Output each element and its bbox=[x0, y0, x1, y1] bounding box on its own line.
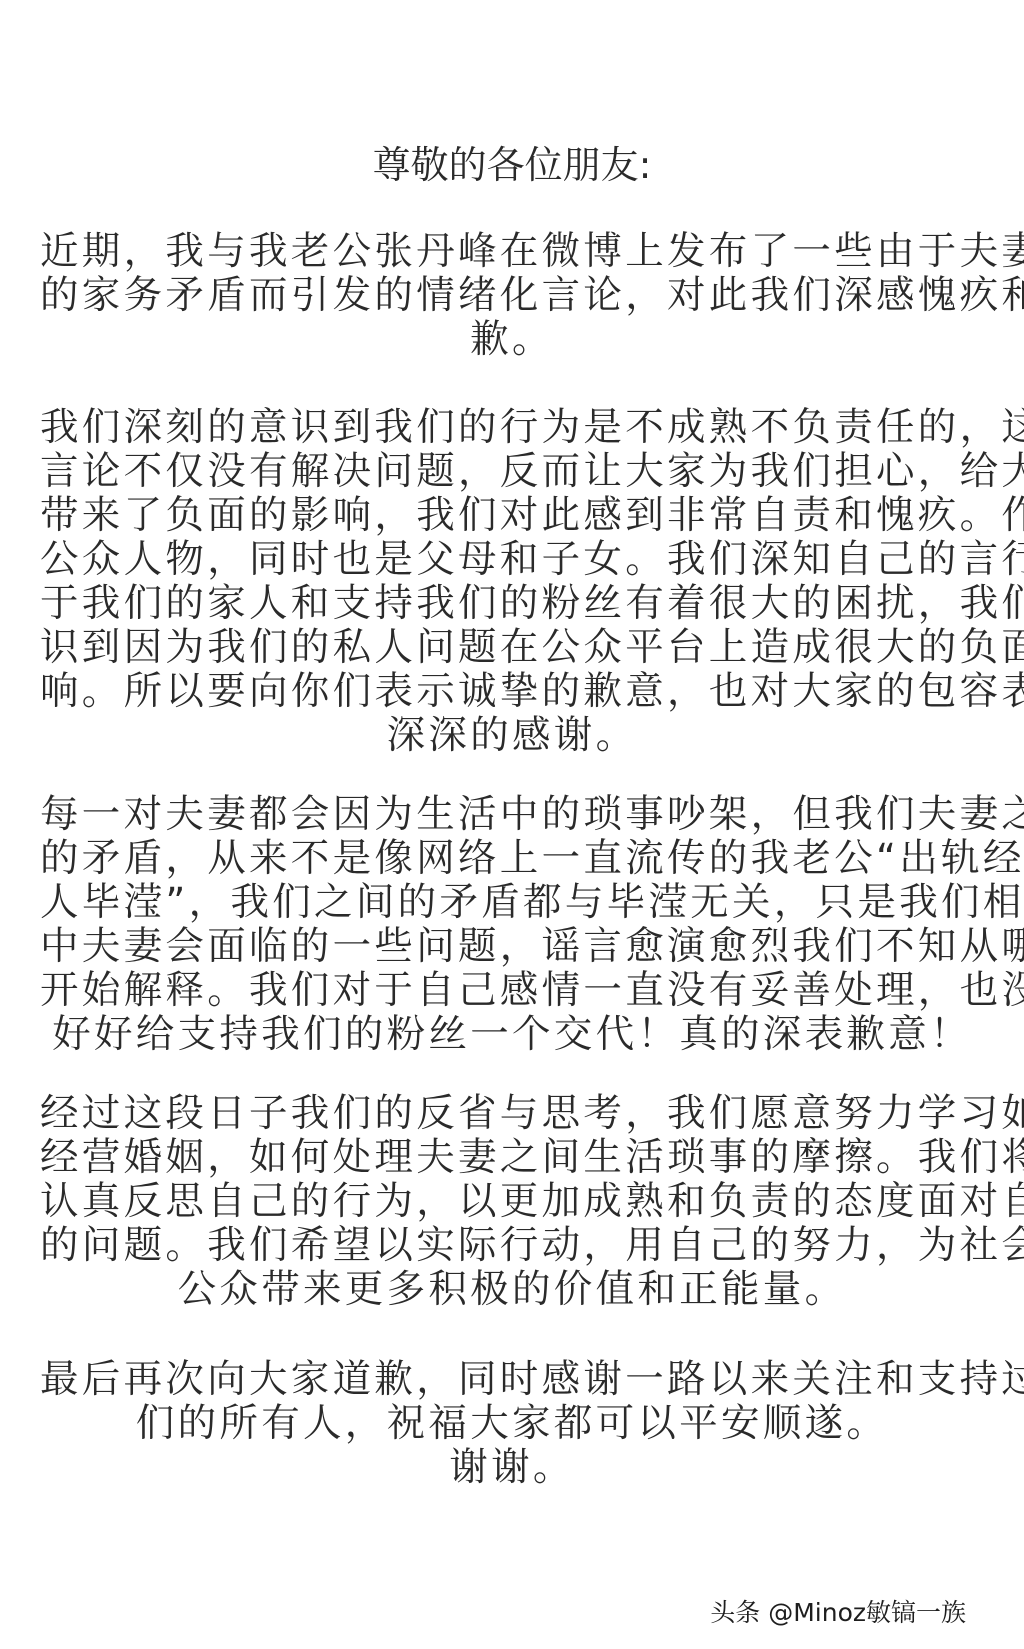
text-line: 每一对夫妻都会因为生活中的琐事吵架，但我们夫妻之间 bbox=[40, 793, 984, 837]
text-line: 深深的感谢。 bbox=[40, 714, 984, 758]
paragraph-2: 我们深刻的意识到我们的行为是不成熟不负责任的，这些 言论不仅没有解决问题，反而让… bbox=[40, 406, 984, 758]
text-line: 于我们的家人和支持我们的粉丝有着很大的困扰，我们意 bbox=[40, 582, 984, 626]
paragraph-4: 经过这段日子我们的反省与思考，我们愿意努力学习如何 经营婚姻，如何处理夫妻之间生… bbox=[40, 1092, 984, 1312]
text-line: 的家务矛盾而引发的情绪化言论，对此我们深感愧疚和抱 bbox=[40, 274, 984, 318]
text-line: 带来了负面的影响，我们对此感到非常自责和愧疚。作为 bbox=[40, 494, 984, 538]
salutation: 尊敬的各位朋友: bbox=[0, 143, 1024, 187]
text-line: 最后再次向大家道歉，同时感谢一路以来关注和支持过我 bbox=[40, 1358, 984, 1402]
text-line: 的矛盾，从来不是像网络上一直流传的我老公“出轨经纪 bbox=[40, 837, 984, 881]
text-line: 开始解释。我们对于自己感情一直没有妥善处理，也没有 bbox=[40, 969, 984, 1013]
text-line: 响。所以要向你们表示诚挚的歉意，也对大家的包容表示 bbox=[40, 670, 984, 714]
text-line: 好好给支持我们的粉丝一个交代！真的深表歉意！ bbox=[40, 1013, 984, 1057]
text-line: 经营婚姻，如何处理夫妻之间生活琐事的摩擦。我们将会 bbox=[40, 1136, 984, 1180]
text-line: 识到因为我们的私人问题在公众平台上造成很大的负面影 bbox=[40, 626, 984, 670]
text-line: 的问题。我们希望以实际行动，用自己的努力，为社会和 bbox=[40, 1224, 984, 1268]
text-line: 近期，我与我老公张丹峰在微博上发布了一些由于夫妻间 bbox=[40, 230, 984, 274]
text-line: 中夫妻会面临的一些问题，谣言愈演愈烈我们不知从哪里 bbox=[40, 925, 984, 969]
paragraph-1: 近期，我与我老公张丹峰在微博上发布了一些由于夫妻间 的家务矛盾而引发的情绪化言论… bbox=[40, 230, 984, 362]
text-line: 言论不仅没有解决问题，反而让大家为我们担心，给大家 bbox=[40, 450, 984, 494]
text-line: 经过这段日子我们的反省与思考，我们愿意努力学习如何 bbox=[40, 1092, 984, 1136]
source-watermark: 头条 @Minoz敏镐一族 bbox=[710, 1597, 966, 1629]
paragraph-5: 最后再次向大家道歉，同时感谢一路以来关注和支持过我 们的所有人，祝福大家都可以平… bbox=[40, 1358, 984, 1490]
text-line: 们的所有人，祝福大家都可以平安顺遂。 bbox=[40, 1402, 984, 1446]
text-line: 公众带来更多积极的价值和正能量。 bbox=[40, 1268, 984, 1312]
paragraph-3: 每一对夫妻都会因为生活中的琐事吵架，但我们夫妻之间 的矛盾，从来不是像网络上一直… bbox=[40, 793, 984, 1057]
text-line: 公众人物，同时也是父母和子女。我们深知自己的言行对 bbox=[40, 538, 984, 582]
text-line: 我们深刻的意识到我们的行为是不成熟不负责任的，这些 bbox=[40, 406, 984, 450]
text-line: 认真反思自己的行为，以更加成熟和负责的态度面对自己 bbox=[40, 1180, 984, 1224]
text-line: 歉。 bbox=[40, 318, 984, 362]
text-line: 人毕滢”，我们之间的矛盾都与毕滢无关，只是我们相处 bbox=[40, 881, 984, 925]
sign-off: 谢谢。 bbox=[40, 1446, 984, 1490]
